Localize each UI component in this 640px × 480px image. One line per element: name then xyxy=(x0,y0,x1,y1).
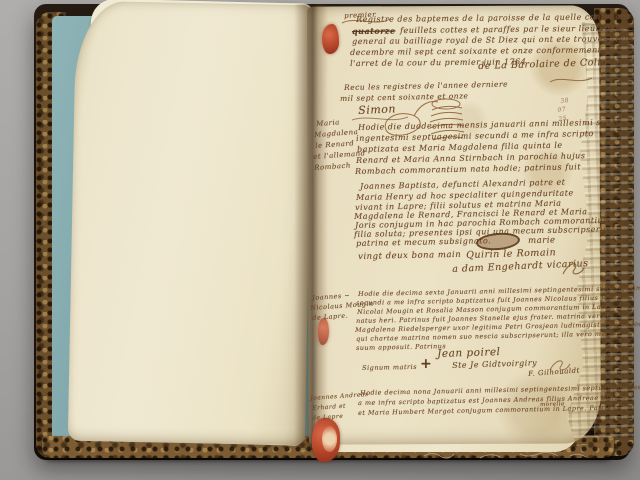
header-struck-word: quatorze xyxy=(352,26,396,36)
folio-mark: 38 xyxy=(560,97,570,105)
signature-word: marie xyxy=(528,235,556,246)
signature-paraph xyxy=(548,74,594,86)
signum-cross-mark: + xyxy=(420,356,432,372)
signum-matris-label: Signum matris xyxy=(362,363,417,372)
manuscript-photo: premier Registre des baptemes de la paro… xyxy=(0,0,640,480)
vicar-paraph xyxy=(560,258,586,278)
under-sheet-faint-marks xyxy=(420,448,590,464)
interlinear-insert-word: morelle xyxy=(540,401,565,408)
witness-paraph xyxy=(548,356,572,374)
left-blank-page xyxy=(68,1,313,445)
margin-note: Maria xyxy=(316,118,340,128)
signature-name: Jean poirel xyxy=(437,346,501,360)
wax-seal-bottom-core xyxy=(322,426,337,452)
folio-mark: 97 xyxy=(557,106,567,114)
wax-seal-top xyxy=(322,24,339,54)
